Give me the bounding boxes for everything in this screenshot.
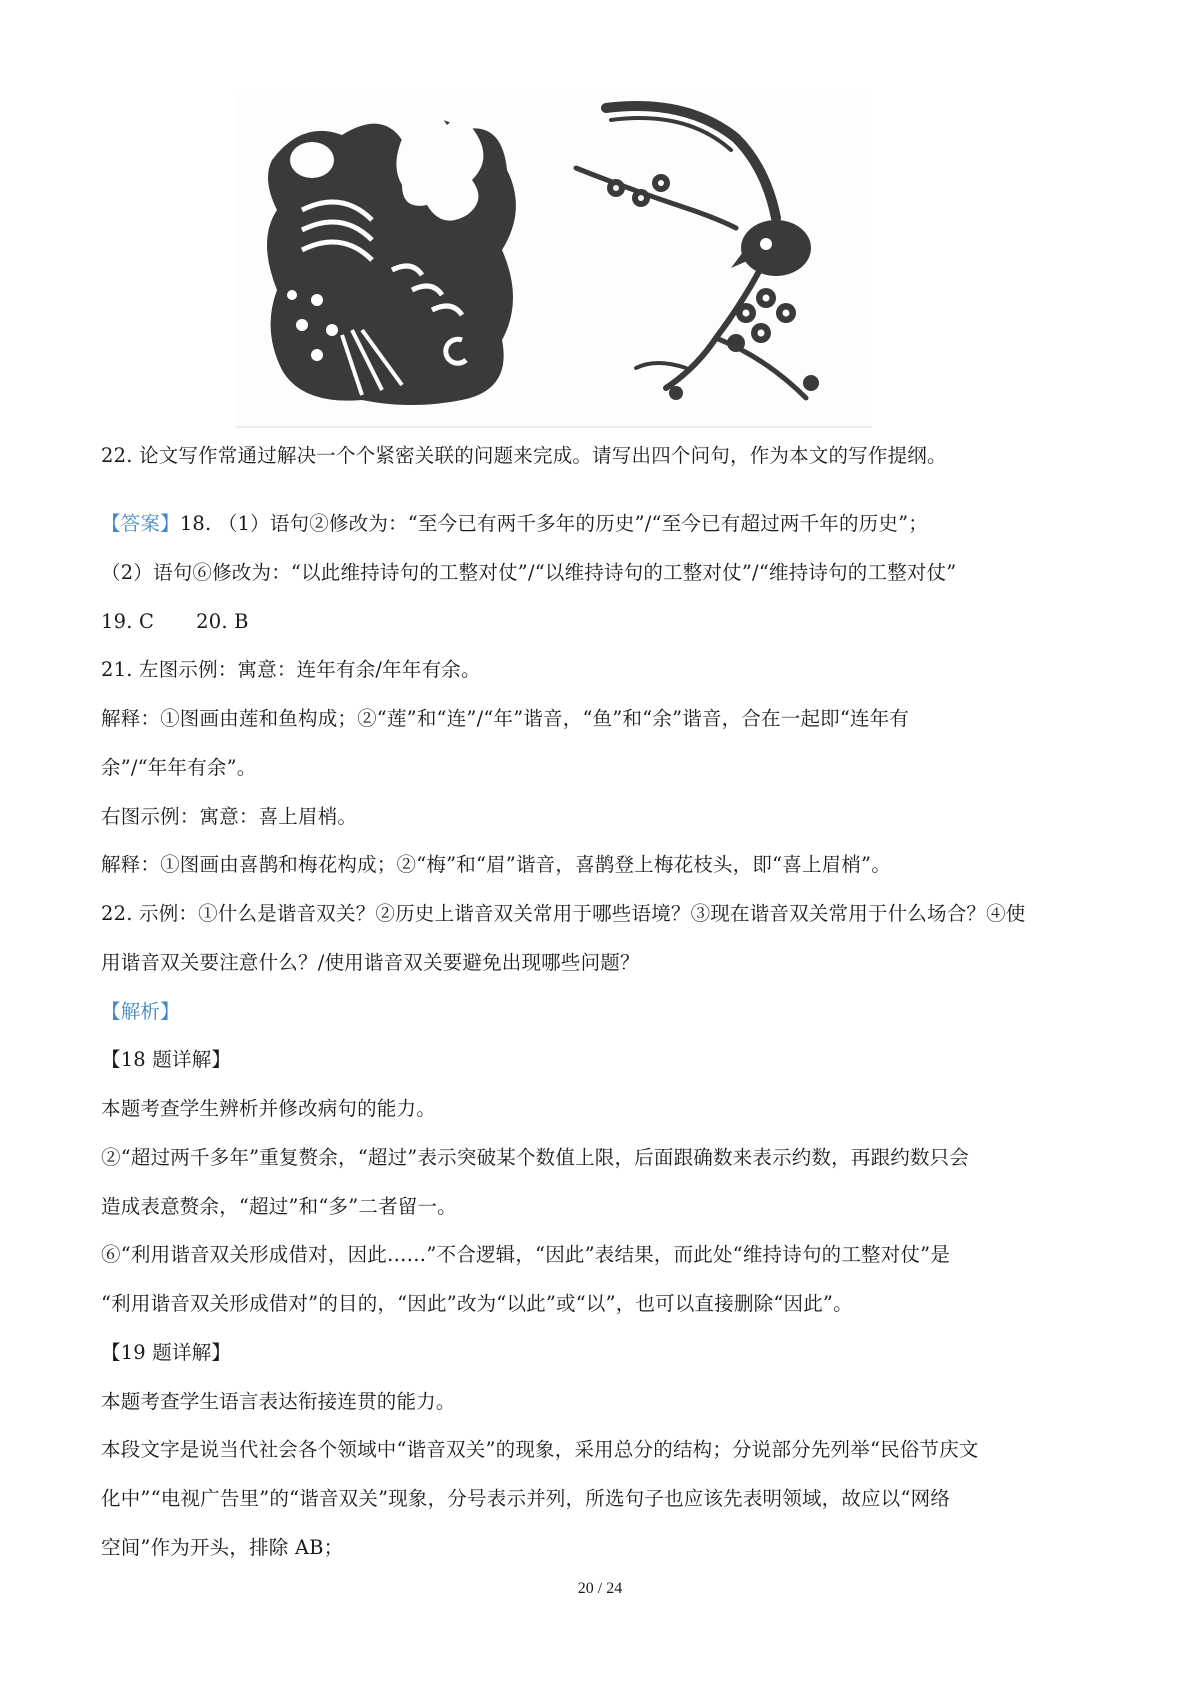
answer-19: 19. C (101, 610, 154, 633)
analysis-label: 【解析】 (101, 1000, 180, 1024)
answer-21-left: 21. 左图示例：寓意：连年有余/年年有余。 (101, 658, 481, 682)
answer-18-text: 18. （1）语句②修改为：“至今已有两千多年的历史”/“至今已有超过两千年的历… (180, 512, 928, 535)
answer-21-left-explanation-1: 解释：①图画由莲和鱼构成；②“莲”和“连”/“年”谐音，“鱼”和“余”谐音，合在… (101, 707, 909, 731)
answer-21-right-explanation: 解释：①图画由喜鹊和梅花构成；②“梅”和“眉”谐音，喜鹊登上梅花枝头，即“喜上眉… (101, 853, 891, 877)
answer-21-left-explanation-2: 余”/“年年有余”。 (101, 756, 256, 780)
analysis-18-para1: 本题考查学生辨析并修改病句的能力。 (101, 1097, 436, 1121)
analysis-18-para3-line1: ⑥“利用谐音双关形成借对，因此……”不合逻辑，“因此”表结果，而此处“维持诗句的… (101, 1243, 950, 1267)
answer-22-line2: 用谐音双关要注意什么？/使用谐音双关要避免出现哪些问题？ (101, 951, 640, 975)
lotus-carp-papercut-image (262, 100, 532, 410)
answer-label: 【答案】 (101, 512, 180, 535)
papercut-figure (236, 94, 872, 426)
page-number: 20 / 24 (0, 1580, 1200, 1598)
answer-18-line1: 【答案】18. （1）语句②修改为：“至今已有两千多年的历史”/“至今已有超过两… (101, 512, 928, 536)
answer-19-20: 19. C20. B (101, 610, 249, 634)
answer-20: 20. B (196, 610, 249, 633)
answer-22-line1: 22. 示例：①什么是谐音双关？②历史上谐音双关常用于哪些语境？③现在谐音双关常… (101, 902, 1026, 926)
analysis-19-para2-line3: 空间”作为开头，排除 AB； (101, 1536, 343, 1560)
analysis-18-para3-line2: “利用谐音双关形成借对”的目的，“因此”改为“以此”或“以”，也可以直接删除“因… (101, 1292, 853, 1316)
magpie-plum-papercut-image (566, 98, 866, 408)
analysis-19-para1: 本题考查学生语言表达衔接连贯的能力。 (101, 1390, 456, 1414)
analysis-19-heading: 【19 题详解】 (101, 1341, 231, 1365)
question-22: 22. 论文写作常通过解决一个个紧密关联的问题来完成。请写出四个问句，作为本文的… (101, 444, 947, 468)
analysis-18-para2-line2: 造成表意赘余，“超过”和“多”二者留一。 (101, 1195, 457, 1219)
analysis-19-para2-line1: 本段文字是说当代社会各个领域中“谐音双关”的现象，采用总分的结构；分说部分先列举… (101, 1438, 979, 1462)
analysis-18-para2-line1: ②“超过两千多年”重复赘余，“超过”表示突破某个数值上限，后面跟确数来表示约数，… (101, 1146, 969, 1170)
answer-18-line2: （2）语句⑥修改为：“以此维持诗句的工整对仗”/“以维持诗句的工整对仗”/“维持… (101, 561, 956, 585)
figure-divider (236, 426, 872, 428)
answer-21-right: 右图示例：寓意：喜上眉梢。 (101, 805, 357, 829)
analysis-18-heading: 【18 题详解】 (101, 1048, 231, 1072)
analysis-19-para2-line2: 化中”“电视广告里”的“谐音双关”现象，分号表示并列，所选句子也应该先表明领域，… (101, 1487, 950, 1511)
